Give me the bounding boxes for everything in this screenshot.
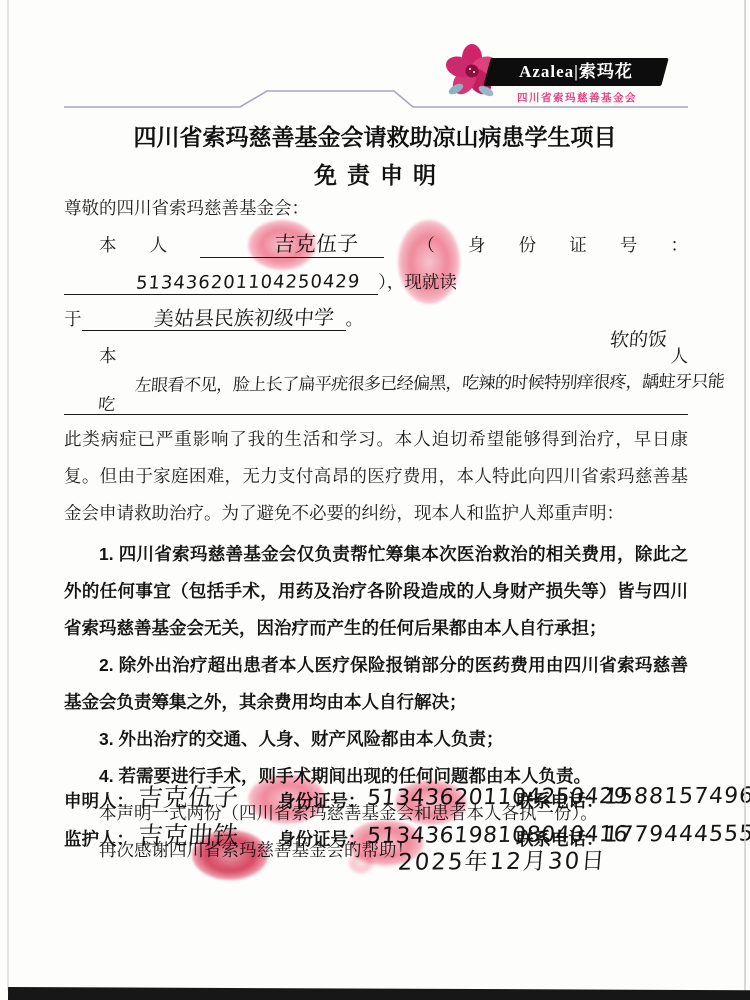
document-title: 四川省索玛慈善基金会请救助凉山病患学生项目 bbox=[0, 120, 750, 154]
guardian-phone-handwritten: 17794445557 bbox=[603, 822, 750, 847]
main-paragraph: 此类病症已严重影响了我的生活和学习。本人迫切希望能够得到治疗，早日康复。但由于家… bbox=[64, 421, 688, 532]
scan-edge-left bbox=[7, 0, 9, 990]
declaration-item-2: 2. 除外出治疗超出患者本人医疗保险报销部分的医药费用由四川省索玛慈善基金会负责… bbox=[64, 647, 688, 721]
intro-period: 。 bbox=[346, 309, 364, 329]
document-subtitle: 免责申明 bbox=[0, 158, 750, 192]
logo-org-name: 四川省索玛慈善基金会 bbox=[491, 90, 663, 105]
declarant-signature-row: 申明人： 吉克伍子 身份证号： 513436201104250429 联系电话：… bbox=[64, 782, 744, 820]
document-body: 尊敬的四川省索玛慈善基金会： 本人吉克伍子（身份证号：5134362011042… bbox=[64, 190, 688, 869]
illness-field: 左眼看不见，脸上长了扁平疣很多已经偏黑，吃辣的时候特别痒很疼，龋蛀牙只能吃 bbox=[64, 375, 688, 415]
scan-edge-right bbox=[744, 0, 746, 1000]
date-handwritten: 2025年12月30日 bbox=[397, 849, 607, 876]
intro-id-open: （身份证号： bbox=[384, 235, 688, 255]
intro-id-close: ），现就读 bbox=[378, 272, 457, 292]
salutation: 尊敬的四川省索玛慈善基金会： bbox=[64, 190, 688, 227]
declarant-phone-label: 联系电话： bbox=[516, 782, 604, 820]
applicant-id-handwritten: 513436201104250429 bbox=[98, 272, 379, 295]
declarant-role-label: 申明人： bbox=[64, 782, 134, 820]
school-handwritten: 美姑县民族初级中学 bbox=[116, 306, 347, 331]
illness-overflow-handwritten: 软的饭 bbox=[609, 330, 668, 351]
logo-wordmark-plate: Azalea|索玛花 bbox=[483, 58, 669, 86]
applicant-id-field: 513436201104250429 bbox=[64, 273, 378, 295]
logo-wordmark: Azalea|索玛花 bbox=[487, 58, 665, 86]
intro-pre: 本人 bbox=[99, 235, 200, 255]
declaration-items: 1. 四川省索玛慈善基金会仅负责帮忙筹集本次医治救治的相关费用，除此之外的任何事… bbox=[64, 536, 688, 795]
signature-block: 申明人： 吉克伍子 身份证号： 513436201104250429 联系电话：… bbox=[64, 782, 744, 858]
illness-paragraph: 本人左眼看不见，脸上长了扁平疣很多已经偏黑，吃辣的时候特别痒很疼，龋蛀牙只能吃 bbox=[64, 338, 688, 421]
school-field: 美姑县民族初级中学 bbox=[82, 307, 346, 331]
guardian-id-label: 身份证号： bbox=[278, 820, 366, 858]
applicant-name-handwritten: 吉克伍子 bbox=[234, 232, 385, 257]
declarant-id-label: 身份证号： bbox=[278, 782, 366, 820]
illness-pre: 本人 bbox=[99, 346, 688, 366]
guardian-role-label: 监护人： bbox=[64, 820, 134, 858]
scan-edge-bottom bbox=[8, 987, 750, 1000]
intro-cont-pre: 于 bbox=[64, 309, 82, 329]
title-block: 四川省索玛慈善基金会请救助凉山病患学生项目 免责申明 bbox=[0, 120, 750, 192]
declaration-item-3: 3. 外出治疗的交通、人身、财产风险都由本人负责； bbox=[64, 721, 688, 758]
declaration-item-1: 1. 四川省索玛慈善基金会仅负责帮忙筹集本次医治救治的相关费用，除此之外的任何事… bbox=[64, 536, 688, 647]
foundation-logo: Azalea|索玛花 四川省索玛慈善基金会 bbox=[437, 40, 672, 112]
scanned-document-page: Azalea|索玛花 四川省索玛慈善基金会 四川省索玛慈善基金会请救助凉山病患学… bbox=[0, 0, 750, 1000]
intro-paragraph: 本人吉克伍子（身份证号：513436201104250429），现就读于美姑县民… bbox=[64, 227, 688, 338]
applicant-name-field: 吉克伍子 bbox=[200, 233, 384, 258]
illness-handwritten: 左眼看不见，脸上长了扁平疣很多已经偏黑，吃辣的时候特别痒很疼，龋蛀牙只能吃 bbox=[97, 373, 725, 417]
declarant-phone-handwritten: 15881574963 bbox=[603, 784, 750, 809]
declarant-name-handwritten: 吉克伍子 bbox=[137, 784, 239, 812]
guardian-name-handwritten: 吉克曲铁 bbox=[137, 822, 239, 850]
